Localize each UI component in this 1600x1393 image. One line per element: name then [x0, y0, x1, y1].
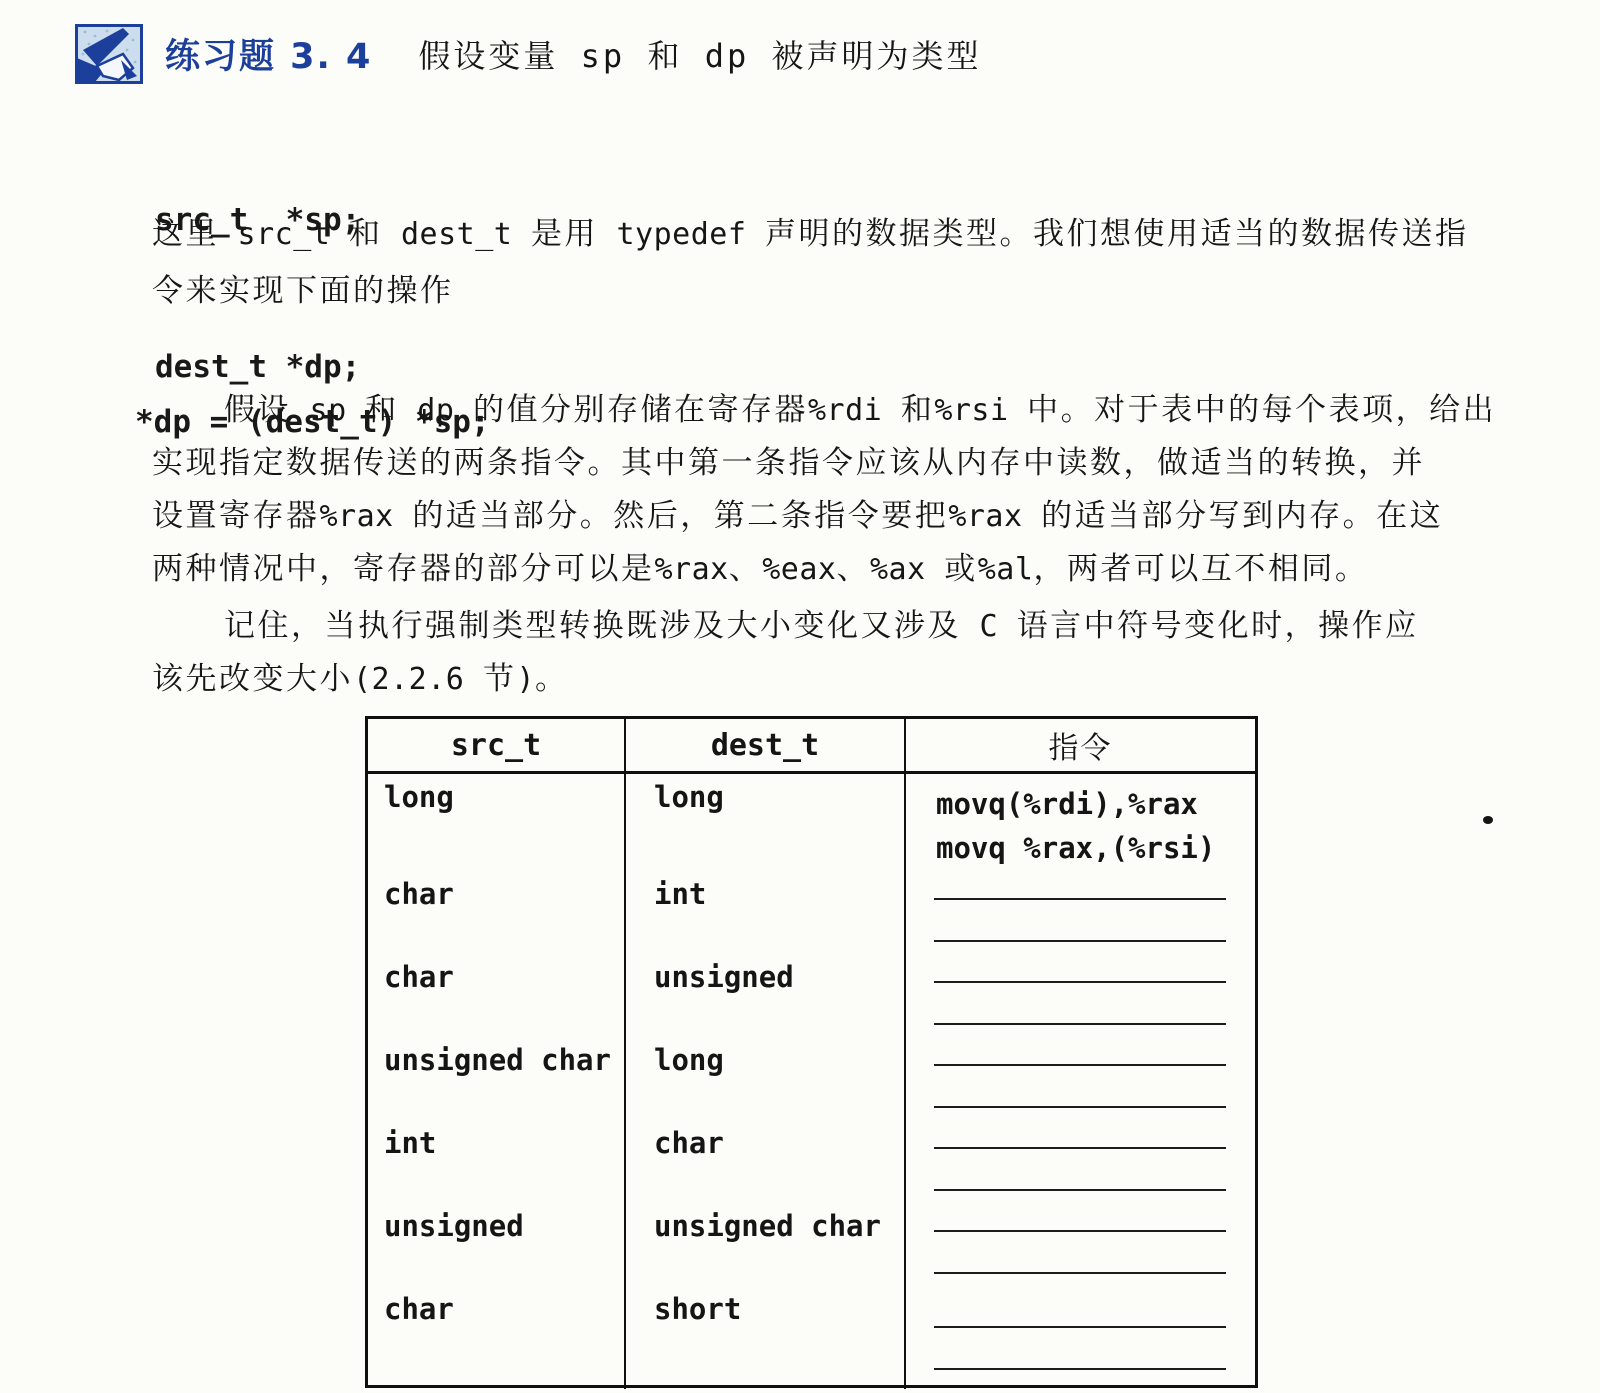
dest-type-cell: long: [626, 1037, 906, 1120]
instruction-code-line: movq(%rdi),%rax: [936, 782, 1255, 826]
paragraph-line: 该先改变大小(2.2.6 节)。: [152, 653, 1419, 706]
paragraph-line: 令来实现下面的操作: [152, 263, 1469, 320]
paragraph-line: 两种情况中，寄存器的部分可以是%rax、%eax、%ax 或%al，两者可以互不…: [152, 543, 1496, 596]
column-header-instruction: 指令: [906, 719, 1255, 771]
instruction-cell: [906, 954, 1255, 1037]
paragraph-line: 假设 sp 和 dp 的值分别存储在寄存器%rdi 和%rsi 中。对于表中的每…: [152, 384, 1496, 437]
dest-type-cell: long: [626, 774, 906, 871]
dest-type-cell: unsigned: [626, 954, 906, 1037]
problem-label: 练习题 3. 4: [165, 29, 372, 79]
instruction-cell: [906, 1120, 1255, 1203]
table-body: longlongmovq(%rdi),%raxmovq %rax,(%rsi)c…: [368, 774, 1255, 1389]
paragraph: 记住，当执行强制类型转换既涉及大小变化又涉及 C 语言中符号变化时，操作应 该先…: [152, 600, 1419, 706]
column-header-dest-t: dest_t: [626, 719, 906, 771]
answer-blank-line: [934, 1147, 1226, 1149]
instruction-cell: [906, 871, 1255, 954]
answer-blank-line: [934, 1368, 1226, 1370]
table-row: charunsigned: [368, 954, 1255, 1037]
table-row: unsignedunsigned char: [368, 1203, 1255, 1286]
table-row: intchar: [368, 1120, 1255, 1203]
pencil-writing-icon: [75, 24, 143, 84]
src-type-cell: int: [368, 1120, 626, 1203]
answer-blank-line: [934, 1272, 1226, 1274]
dest-type-cell: short: [626, 1286, 906, 1389]
src-type-cell: char: [368, 954, 626, 1037]
src-type-cell: unsigned char: [368, 1037, 626, 1120]
answer-blank-line: [934, 1023, 1226, 1025]
instruction-cell: movq(%rdi),%raxmovq %rax,(%rsi): [906, 774, 1255, 871]
answer-blank-line: [934, 898, 1226, 900]
table-header-row: src_t dest_t 指令: [368, 719, 1255, 774]
instruction-cell: [906, 1037, 1255, 1120]
instruction-cell: [906, 1203, 1255, 1286]
paragraph-line: 记住，当执行强制类型转换既涉及大小变化又涉及 C 语言中符号变化时，操作应: [152, 600, 1419, 653]
paragraph: 这里 src_t 和 dest_t 是用 typedef 声明的数据类型。我们想…: [152, 206, 1469, 320]
paragraph-line: 这里 src_t 和 dest_t 是用 typedef 声明的数据类型。我们想…: [152, 206, 1469, 263]
answer-blank-line: [934, 1326, 1226, 1328]
problem-header: 练习题 3. 4 假设变量 sp 和 dp 被声明为类型: [75, 24, 982, 84]
problem-intro-text: 假设变量 sp 和 dp 被声明为类型: [418, 31, 981, 77]
answer-blank-line: [934, 981, 1226, 983]
table-row: charshort: [368, 1286, 1255, 1389]
book-page: 练习题 3. 4 假设变量 sp 和 dp 被声明为类型 src_t *sp; …: [0, 0, 1600, 1393]
dest-type-cell: int: [626, 871, 906, 954]
src-type-cell: unsigned: [368, 1203, 626, 1286]
practice-table: src_t dest_t 指令 longlongmovq(%rdi),%raxm…: [365, 716, 1258, 1388]
src-type-cell: char: [368, 1286, 626, 1389]
answer-blank-line: [934, 1189, 1226, 1191]
table-row: unsigned charlong: [368, 1037, 1255, 1120]
instruction-cell: [906, 1286, 1255, 1389]
print-artifact-dot: [1483, 816, 1493, 824]
dest-type-cell: char: [626, 1120, 906, 1203]
dest-type-cell: unsigned char: [626, 1203, 906, 1286]
answer-blank-line: [934, 940, 1226, 942]
src-type-cell: char: [368, 871, 626, 954]
src-type-cell: long: [368, 774, 626, 871]
answer-blank-line: [934, 1106, 1226, 1108]
paragraph-line: 实现指定数据传送的两条指令。其中第一条指令应该从内存中读数，做适当的转换，并: [152, 437, 1496, 490]
instruction-code-line: movq %rax,(%rsi): [936, 826, 1255, 870]
paragraph-line: 设置寄存器%rax 的适当部分。然后，第二条指令要把%rax 的适当部分写到内存…: [152, 490, 1496, 543]
column-header-src-t: src_t: [368, 719, 626, 771]
paragraph: 假设 sp 和 dp 的值分别存储在寄存器%rdi 和%rsi 中。对于表中的每…: [152, 384, 1496, 596]
answer-blank-line: [934, 1064, 1226, 1066]
table-row: charint: [368, 871, 1255, 954]
answer-blank-line: [934, 1230, 1226, 1232]
table-row: longlongmovq(%rdi),%raxmovq %rax,(%rsi): [368, 774, 1255, 871]
